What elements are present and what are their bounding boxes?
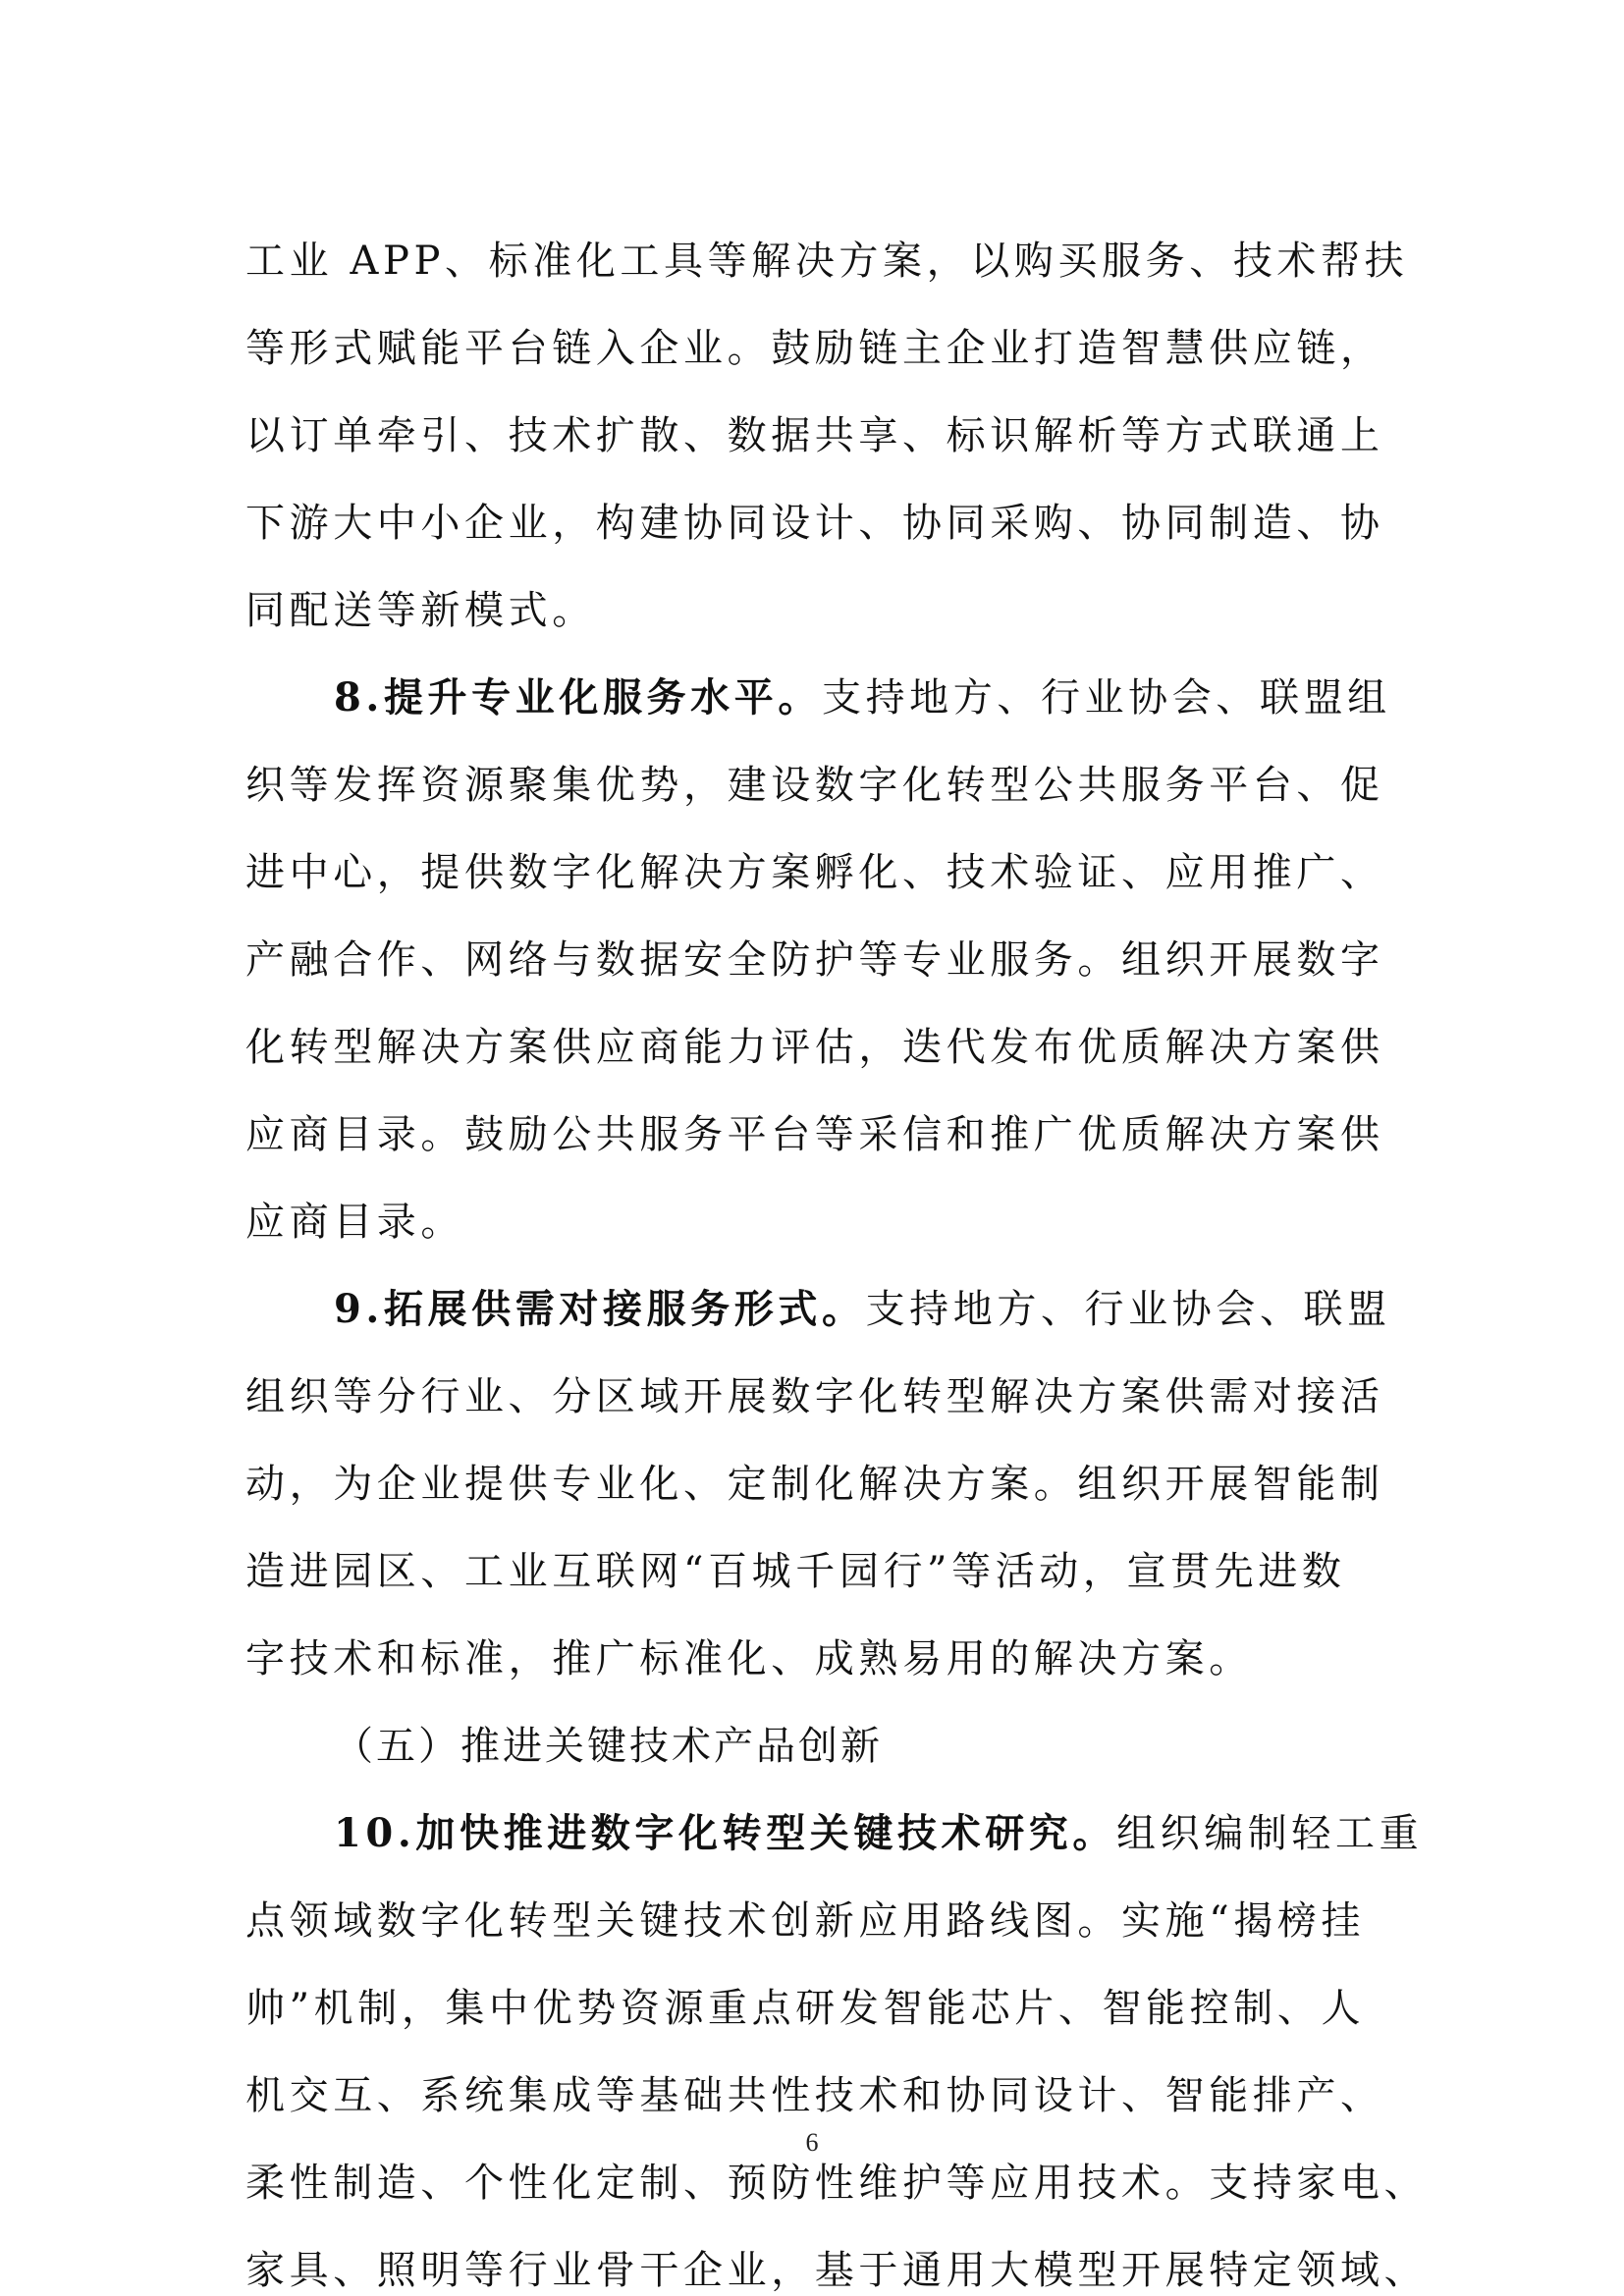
item-10-heading: 10.加快推进数字化转型关键技术研究。 — [334, 1810, 1116, 1856]
text-line: 字技术和标准，推广标准化、成熟易用的解决方案。 — [245, 1629, 1384, 1688]
item-10-first-line: 10.加快推进数字化转型关键技术研究。组织编制轻工重 — [334, 1804, 1384, 1863]
item-9-heading: 9.拓展供需对接服务形式。 — [334, 1286, 866, 1332]
item-8-first-line-text: 支持地方、行业协会、联盟组 — [822, 675, 1391, 721]
text-line: 动，为企业提供专业化、定制化解决方案。组织开展智能制 — [245, 1455, 1384, 1514]
item-10-first-line-text: 组织编制轻工重 — [1116, 1811, 1423, 1856]
text-line: 进中心，提供数字化解决方案孵化、技术验证、应用推广、 — [245, 843, 1384, 902]
text-line: 应商目录。 — [245, 1193, 1384, 1252]
document-page: 工业 APP、标准化工具等解决方案，以购买服务、技术帮扶 等形式赋能平台链入企业… — [0, 0, 1624, 2296]
item-8-heading: 8.提升专业化服务水平。 — [334, 674, 822, 721]
text-line: 化转型解决方案供应商能力评估，迭代发布优质解决方案供 — [245, 1018, 1384, 1077]
text-line: 下游大中小企业，构建协同设计、协同采购、协同制造、协 — [245, 494, 1384, 553]
text-line: 同配送等新模式。 — [245, 581, 1384, 640]
text-line: 点领域数字化转型关键技术创新应用路线图。实施“揭榜挂 — [245, 1892, 1384, 1950]
text-line: 帅”机制，集中优势资源重点研发智能芯片、智能控制、人 — [245, 1979, 1384, 2038]
text-line: 产融合作、网络与数据安全防护等专业服务。组织开展数字 — [245, 931, 1384, 989]
text-line: 柔性制造、个性化定制、预防性维护等应用技术。支持家电、 — [245, 2154, 1384, 2213]
item-9-first-line: 9.拓展供需对接服务形式。支持地方、行业协会、联盟 — [334, 1280, 1384, 1339]
text-line: 组织等分行业、分区域开展数字化转型解决方案供需对接活 — [245, 1367, 1384, 1426]
text-line: 造进园区、工业互联网“百城千园行”等活动，宣贯先进数 — [245, 1542, 1384, 1601]
text-line: 以订单牵引、技术扩散、数据共享、标识解析等方式联通上 — [245, 406, 1384, 465]
text-line: 家具、照明等行业骨干企业，基于通用大模型开展特定领域、 — [245, 2241, 1384, 2296]
text-line: 织等发挥资源聚集优势，建设数字化转型公共服务平台、促 — [245, 756, 1384, 815]
section-subheading: （五）推进关键技术产品创新 — [334, 1717, 1473, 1776]
text-line: 机交互、系统集成等基础共性技术和协同设计、智能排产、 — [245, 2066, 1384, 2125]
item-9-first-line-text: 支持地方、行业协会、联盟 — [866, 1287, 1391, 1332]
text-line: 应商目录。鼓励公共服务平台等采信和推广优质解决方案供 — [245, 1105, 1384, 1164]
text-line: 等形式赋能平台链入企业。鼓励链主企业打造智慧供应链， — [245, 319, 1384, 378]
page-number: 6 — [0, 2128, 1624, 2158]
text-line: 工业 APP、标准化工具等解决方案，以购买服务、技术帮扶 — [245, 232, 1384, 291]
item-8-first-line: 8.提升专业化服务水平。支持地方、行业协会、联盟组 — [334, 668, 1384, 727]
